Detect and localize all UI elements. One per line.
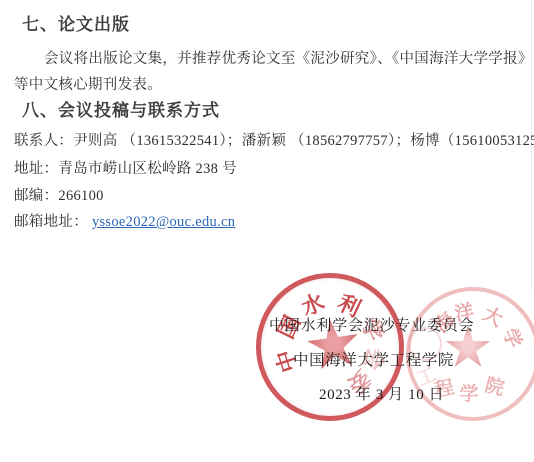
section8-heading: 八、会议投稿与联系方式 [22, 96, 220, 121]
signature-org1: 中国水利学会泥沙专业委员会 [269, 314, 474, 335]
contacts-line: 联系人：尹则高 （13615322541）；潘新颖 （18562797757）；… [14, 129, 534, 150]
email-label: 邮箱地址： [14, 214, 88, 230]
postal-code-line: 邮编：266100 [14, 184, 104, 205]
stamp-ring-char: 学 [457, 380, 481, 404]
section7-paragraph-line2: 等中文核心期刊发表。 [14, 73, 162, 94]
signature-date: 2023 年 3 月 10 日 [319, 383, 444, 404]
signature-org2: 中国海洋大学工程学院 [293, 348, 454, 370]
stamp-ring-char: 院 [480, 370, 509, 399]
document-page: 七、论文出版 会议将出版论文集，并推荐优秀论文至《泥沙研究》、《中国海洋大学学报… [0, 0, 534, 462]
address-line: 地址：青岛市崂山区松岭路 238 号 [14, 157, 237, 178]
section7-heading: 七、论文出版 [22, 10, 130, 35]
email-link[interactable]: yssoe2022@ouc.edu.cn [92, 214, 235, 230]
section7-paragraph-line1: 会议将出版论文集，并推荐优秀论文至《泥沙研究》、《中国海洋大学学报》 [44, 47, 533, 68]
email-line: 邮箱地址： yssoe2022@ouc.edu.cn [14, 210, 235, 231]
